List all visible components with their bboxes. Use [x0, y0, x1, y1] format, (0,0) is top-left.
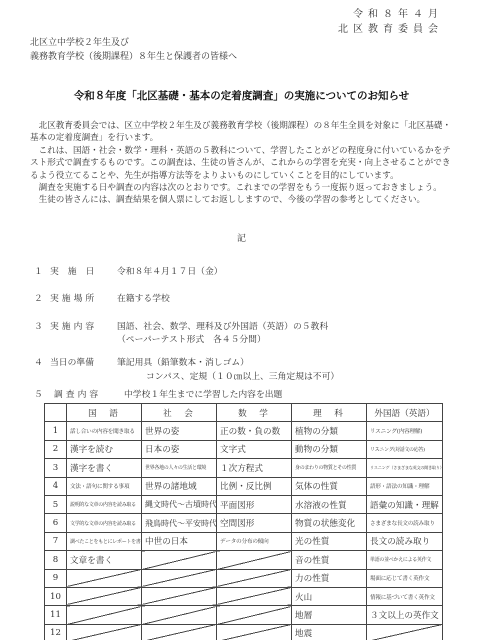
- empty-cell: [142, 551, 217, 569]
- item-value: （ペーパーテスト形式 各４５分間）: [117, 334, 266, 346]
- paragraph: 調査を実施する日や調査の内容は次のとおりです。これまでの学習をもう一度振り返って…: [30, 182, 455, 194]
- header-cell: [45, 404, 67, 422]
- table-row: 5 説明的な文章の内容を読み取る 縄文時代～古墳時代 平面図形 水溶液の性質 語…: [45, 495, 443, 513]
- header-japanese: 国 語: [67, 404, 142, 422]
- item-value: 令和８年４月１７日（金）: [117, 266, 223, 278]
- item-label: 当日の準備: [50, 357, 94, 369]
- empty-cell: [67, 606, 142, 624]
- item-value: 筆記用具（鉛筆数本・消しゴム）: [117, 357, 249, 369]
- header-english: 外国語（英語）: [367, 404, 443, 422]
- table-row: 12 地震: [45, 624, 443, 640]
- survey-content-table: 国 語 社 会 数 学 理 科 外国語（英語） 1 話し合いの内容を聞き取る 世…: [44, 403, 443, 640]
- table-row: 3 漢字を書く 世界各地の人々の生活と環境 １次方程式 身のまわりの物質とその性…: [45, 459, 443, 477]
- item-value: 中学校１年生までに学習した内容を出題: [124, 389, 282, 401]
- item-label: 実施場所: [50, 293, 97, 305]
- addressee-line-2: 義務教育学校（後期課程）８年生と保護者の皆様へ: [30, 50, 237, 64]
- date-block: 令和８年４月 北区教育委員会: [338, 7, 443, 37]
- item-place: ２ 実施場所 在籍する学校: [34, 293, 454, 307]
- document-title: 令和８年度「北区基礎・基本の定着度調査」の実施についてのお知らせ: [0, 88, 483, 103]
- paragraph: これは、国語・社会・数学・理科・英語の５教科について、学習したことがどの程度身に…: [30, 145, 455, 182]
- paragraph: 北区教育委員会では、区立中学校２年生及び義務教育学校（後期課程）の８年生全員を対…: [30, 120, 455, 145]
- empty-cell: [217, 624, 292, 640]
- empty-cell: [142, 569, 217, 587]
- addressee-line-1: 北区立中学校２年生及び: [30, 36, 237, 50]
- empty-cell: [217, 587, 292, 605]
- table-row: 10 火山 情報に基づいて書く英作文: [45, 587, 443, 605]
- table-row: 9 力の性質 場面に応じて書く英作文: [45, 569, 443, 587]
- empty-cell: [217, 569, 292, 587]
- item-value: 在籍する学校: [117, 293, 170, 305]
- table-row: 11 地層 ３文以上の英作文: [45, 606, 443, 624]
- item-content: ３ 実施内容 国語、社会、数学、理科及び外国語（英語）の５教科 （ペーパーテスト…: [34, 321, 454, 347]
- ki-heading: 記: [0, 231, 483, 244]
- empty-cell: [67, 569, 142, 587]
- table-row: 6 文学的な文章の内容を読み取る 飛鳥時代～平安時代 空間図形 物質の状態変化 …: [45, 514, 443, 532]
- empty-cell: [217, 606, 292, 624]
- table-row: 1 話し合いの内容を聞き取る 世界の姿 正の数・負の数 植物の分類 リスニング(…: [45, 422, 443, 440]
- item-preparation: ４ 当日の準備 筆記用具（鉛筆数本・消しゴム） コンパス、定規（１０㎝以上、三角…: [34, 357, 454, 383]
- header-social: 社 会: [142, 404, 217, 422]
- item-label: 実施内容: [50, 321, 97, 333]
- empty-cell: [217, 551, 292, 569]
- empty-cell: [67, 624, 142, 640]
- body-text: 北区教育委員会では、区立中学校２年生及び義務教育学校（後期課程）の８年生全員を対…: [30, 120, 455, 207]
- paragraph: 生徒の皆さんには、調査結果を個人票にしてお返ししますので、今後の学習の参考として…: [30, 194, 455, 206]
- table-row: 7 調べたことをもとにレポートを書く 中世の日本 データの分布の傾向 光の性質 …: [45, 532, 443, 550]
- empty-cell: [67, 587, 142, 605]
- table-row: 4 文法・語句に関する事項 世界の諸地域 比例・反比例 気体の性質 語形・語法の…: [45, 477, 443, 495]
- item-survey: ５ 調査内容 中学校１年生までに学習した内容を出題: [34, 389, 454, 403]
- issue-date: 令和８年４月: [338, 7, 443, 22]
- table-row: 8 文章を書く 音の性質 単語の並べかえによる英作文: [45, 551, 443, 569]
- empty-cell: [142, 587, 217, 605]
- item-label: 調査内容: [54, 389, 101, 401]
- header-science: 理 科: [292, 404, 367, 422]
- addressee: 北区立中学校２年生及び 義務教育学校（後期課程）８年生と保護者の皆様へ: [30, 36, 237, 64]
- empty-cell: [142, 606, 217, 624]
- table-header-row: 国 語 社 会 数 学 理 科 外国語（英語）: [45, 404, 443, 422]
- item-value: コンパス、定規（１０㎝以上、三角定規は不可）: [146, 371, 339, 383]
- item-value: 国語、社会、数学、理科及び外国語（英語）の５教科: [117, 321, 328, 333]
- item-date: １ 実施日 令和８年４月１７日（金）: [34, 266, 454, 280]
- empty-cell: [367, 624, 443, 640]
- table-row: 2 漢字を読む 日本の姿 文字式 動物の分類 リスニング(対話文の応答): [45, 440, 443, 458]
- empty-cell: [142, 624, 217, 640]
- item-label: 実施日: [50, 266, 103, 278]
- header-math: 数 学: [217, 404, 292, 422]
- issuer: 北区教育委員会: [338, 22, 443, 37]
